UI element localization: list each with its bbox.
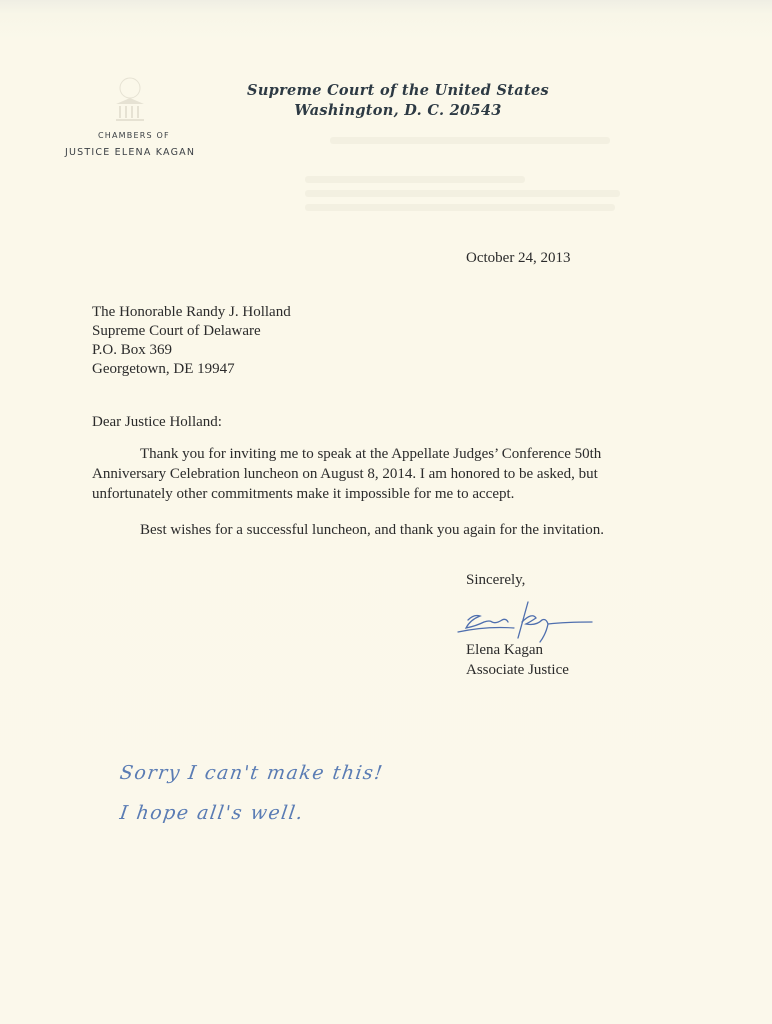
bleed-through-line	[305, 176, 525, 183]
recipient-line: The Honorable Randy J. Holland	[92, 302, 291, 321]
salutation: Dear Justice Holland:	[92, 412, 222, 432]
bleed-through-line	[330, 137, 610, 144]
letter-page: Supreme Court of the United States Washi…	[0, 0, 772, 1024]
body-paragraph-text: Thank you for inviting me to speak at th…	[92, 444, 652, 504]
closing: Sincerely,	[466, 570, 525, 590]
body-paragraph: Best wishes for a successful luncheon, a…	[140, 520, 604, 540]
bleed-through-line	[305, 204, 615, 211]
signature-icon	[456, 598, 596, 644]
letter-date: October 24, 2013	[466, 248, 571, 268]
signer-title: Associate Justice	[466, 660, 569, 680]
bleed-through-line	[305, 190, 620, 197]
body-paragraph: Thank you for inviting me to speak at th…	[92, 444, 652, 504]
recipient-address: The Honorable Randy J. Holland Supreme C…	[92, 302, 291, 378]
handwritten-note-line: I hope all's well.	[118, 802, 461, 824]
letterhead-court-name: Supreme Court of the United States	[12, 82, 772, 99]
recipient-line: Georgetown, DE 19947	[92, 359, 291, 378]
chambers-name: Justice Elena Kagan	[65, 147, 195, 158]
recipient-line: Supreme Court of Delaware	[92, 321, 291, 340]
letterhead-court-address: Washington, D. C. 20543	[12, 102, 772, 119]
handwritten-note-line: Sorry I can't make this!	[118, 762, 461, 784]
recipient-line: P.O. Box 369	[92, 340, 291, 359]
signer-name: Elena Kagan	[466, 640, 543, 660]
chambers-label: Chambers of	[98, 131, 170, 140]
